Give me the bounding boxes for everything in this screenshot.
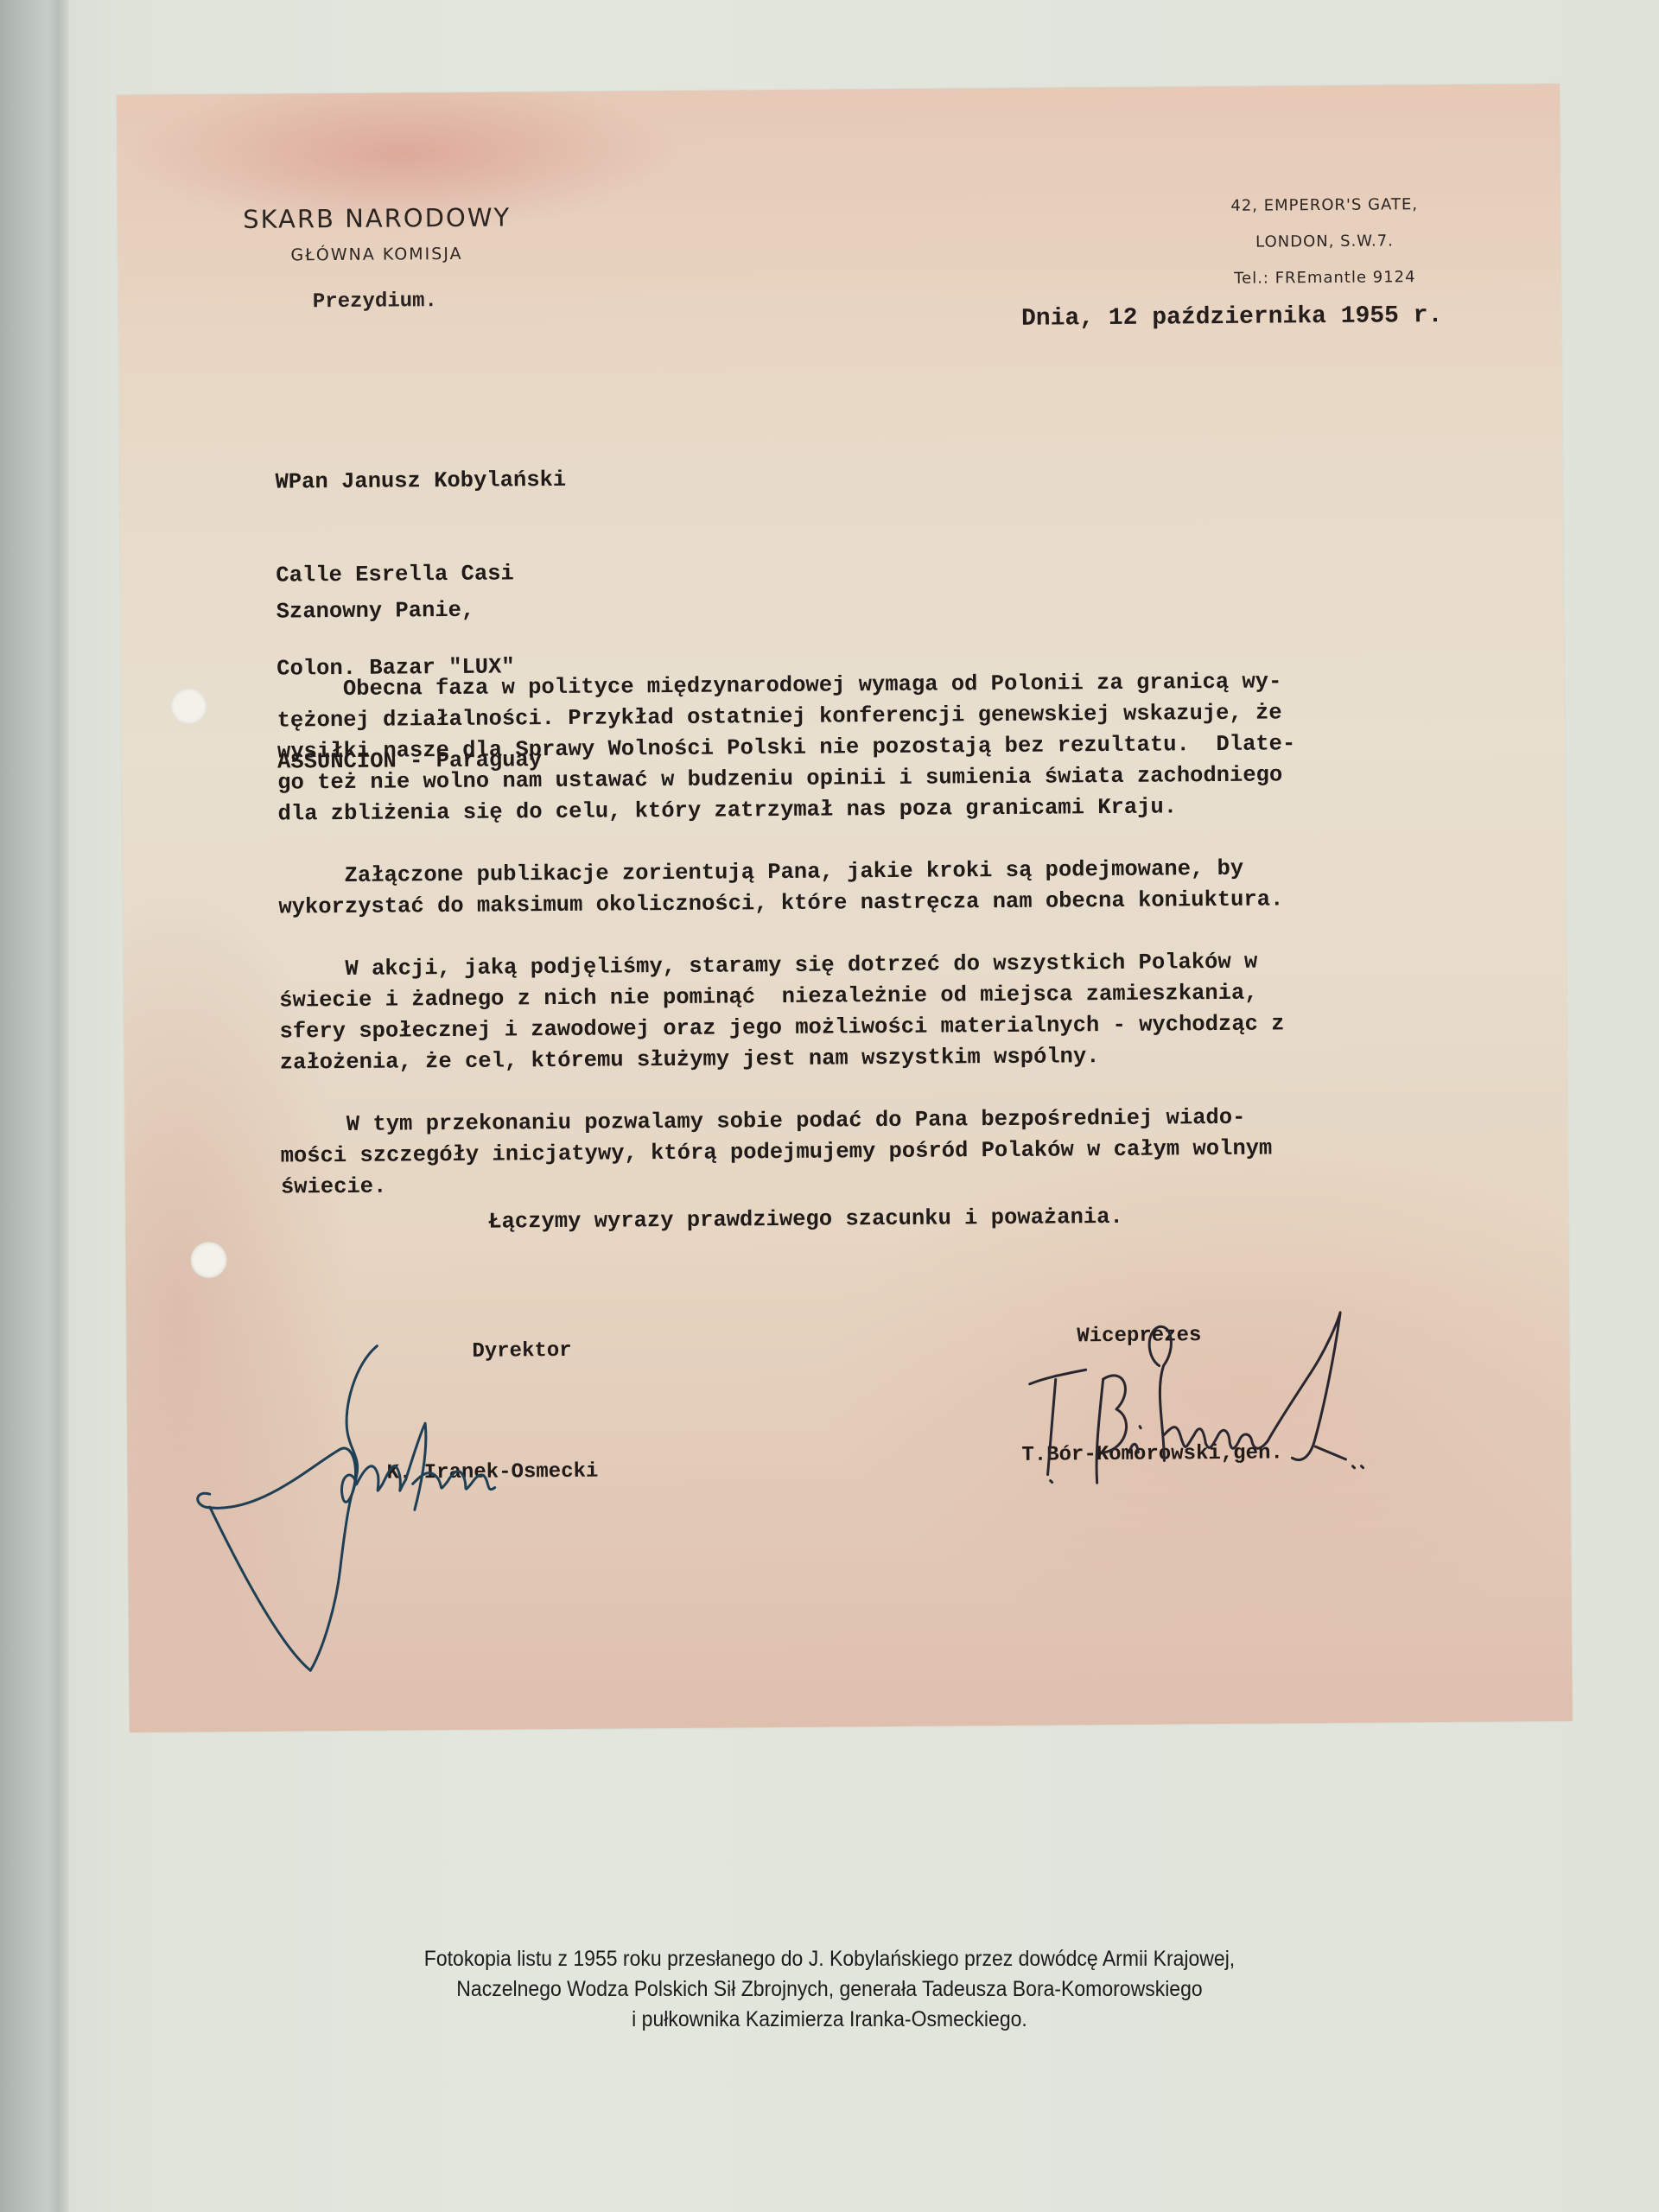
punch-hole-upper bbox=[170, 688, 207, 724]
letterhead-address: 42, EMPEROR'S GATE, LONDON, S.W.7. Tel.:… bbox=[1230, 187, 1419, 297]
caption-line: i pułkownika Kazimierza Iranka-Osmeckieg… bbox=[67, 2005, 1592, 2035]
letterhead-organization: SKARB NARODOWY bbox=[243, 202, 511, 233]
closing-line: Łączymy wyrazy prawdziwego szacunku i po… bbox=[488, 1202, 1123, 1238]
addressee-line: WPan Janusz Kobylański bbox=[275, 465, 566, 499]
letter-body: Obecna faza w polityce międzynarodowej w… bbox=[276, 666, 1299, 1234]
letterhead-subtitle: GŁÓWNA KOMISJA bbox=[290, 245, 462, 265]
address-line: Tel.: FREmantle 9124 bbox=[1231, 259, 1419, 297]
figure-caption: Fotokopia listu z 1955 roku przesłanego … bbox=[67, 1944, 1592, 2035]
letter-photocopy: SKARB NARODOWY GŁÓWNA KOMISJA Prezydium.… bbox=[117, 84, 1573, 1732]
salutation: Szanowny Panie, bbox=[276, 595, 475, 628]
letter-date: Dnia, 12 października 1955 r. bbox=[1021, 302, 1443, 333]
signature-right bbox=[1016, 1295, 1381, 1522]
body-paragraph: W tym przekonaniu pozwalamy sobie podać … bbox=[280, 1102, 1299, 1203]
address-line: 42, EMPEROR'S GATE, bbox=[1230, 187, 1418, 225]
punch-hole-lower bbox=[190, 1242, 226, 1278]
addressee-line: Calle Esrella Casi bbox=[276, 558, 567, 592]
caption-line: Naczelnego Wodza Polskich Sił Zbrojnych,… bbox=[67, 1974, 1592, 2005]
caption-line: Fotokopia listu z 1955 roku przesłanego … bbox=[67, 1944, 1592, 1974]
body-paragraph: Obecna faza w polityce międzynarodowej w… bbox=[276, 666, 1296, 829]
body-paragraph: W akcji, jaką podjęliśmy, staramy się do… bbox=[279, 946, 1298, 1078]
body-paragraph: Załączone publikacje zorientują Pana, ja… bbox=[278, 853, 1297, 923]
gutter-shadow bbox=[48, 0, 69, 2212]
letterhead-department: Prezydium. bbox=[313, 289, 437, 314]
signature-left bbox=[178, 1327, 543, 1675]
address-line: LONDON, S.W.7. bbox=[1230, 223, 1418, 261]
